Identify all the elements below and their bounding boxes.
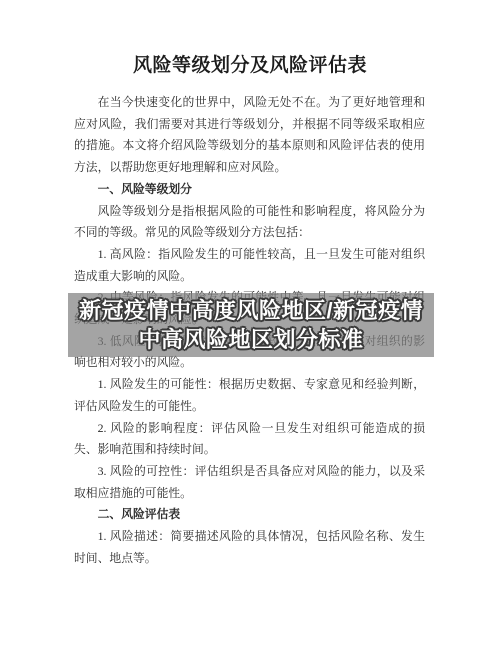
list-item-likelihood: 1. 风险发生的可能性：根据历史数据、专家意见和经验判断，评估风险发生的可能性。 [74, 374, 425, 417]
document-title: 风险等级划分及风险评估表 [0, 53, 500, 79]
list-item-controllability: 3. 风险的可控性：评估组织是否具备应对风险的能力，以及采取相应措施的可能性。 [74, 461, 425, 504]
list-item-risk-description: 1. 风险描述：简要描述风险的具体情况，包括风险名称、发生时间、地点等。 [74, 526, 425, 569]
paragraph-intro: 在当今快速变化的世界中，风险无处不在。为了更好地管理和应对风险，我们需要对其进行… [74, 92, 425, 179]
list-item-high-risk: 1. 高风险：指风险发生的可能性较高，且一旦发生可能对组织造成重大影响的风险。 [74, 244, 425, 287]
watermark-banner: 新冠疫情中高度风险地区/新冠疫情 中高风险地区划分标准 [68, 293, 434, 357]
document-page: 风险等级划分及风险评估表 在当今快速变化的世界中，风险无处不在。为了更好地管理和… [0, 0, 500, 647]
paragraph-classification-intro: 风险等级划分是指根据风险的可能性和影响程度，将风险分为不同的等级。常见的风险等级… [74, 201, 425, 244]
list-item-impact: 2. 风险的影响程度：评估风险一旦发生对组织可能造成的损失、影响范围和持续时间。 [74, 418, 425, 461]
banner-title-line-1: 新冠疫情中高度风险地区/新冠疫情 [79, 296, 423, 325]
heading-risk-classification: 一、风险等级划分 [74, 179, 425, 201]
banner-title-line-2: 中高风险地区划分标准 [138, 325, 363, 354]
heading-risk-assessment-table: 二、风险评估表 [74, 504, 425, 526]
